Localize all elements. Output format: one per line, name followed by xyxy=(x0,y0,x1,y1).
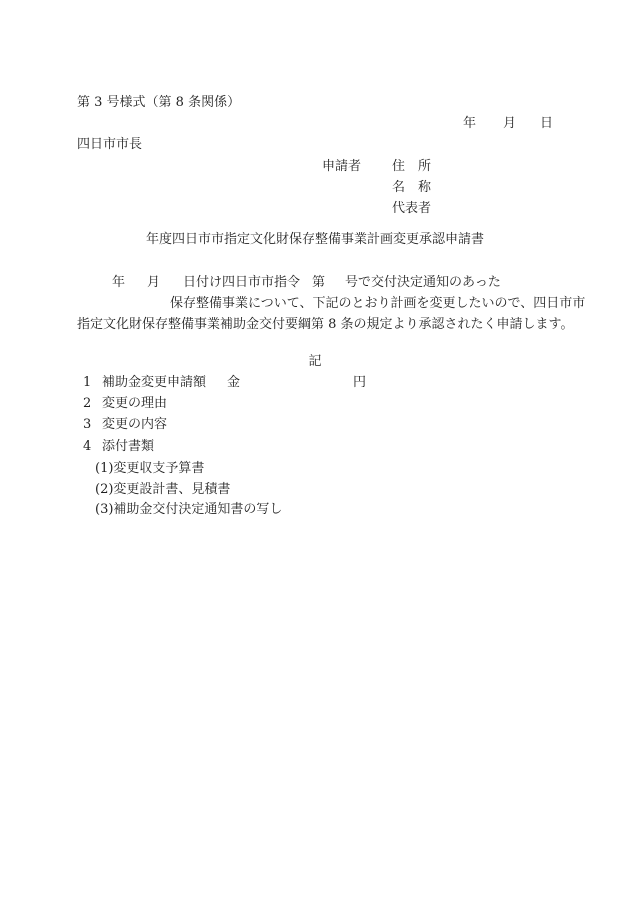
addressee: 四日市市長 xyxy=(77,136,142,154)
applicant-address-label: 住 所 xyxy=(392,158,431,176)
item-1-amount-prefix: 金 xyxy=(227,374,240,392)
body-directive-label: 日付け四日市市指令 xyxy=(183,274,300,292)
list-item-2: 2 変更の理由 xyxy=(0,395,630,413)
item-2-label: 変更の理由 xyxy=(102,395,167,413)
record-heading: 記 xyxy=(0,353,630,371)
date-day-label: 日 xyxy=(540,115,553,133)
item-4-number: 4 xyxy=(83,438,91,456)
item-2-number: 2 xyxy=(83,395,91,413)
list-item-4: 4 添付書類 xyxy=(0,438,630,456)
body-notice-label: 号で交付決定通知のあった xyxy=(345,274,501,292)
item-3-number: 3 xyxy=(83,416,91,434)
date-line: 年 月 日 xyxy=(0,115,630,133)
attachment-item-2-wrap: (2)変更設計書、見積書 xyxy=(0,481,630,499)
applicant-name-label: 名 称 xyxy=(392,179,431,197)
document-page: 第 3 号様式（第 8 条関係） 年 月 日 四日市市長 申請者 住 所 名 称… xyxy=(0,0,630,903)
body-line-2: 保存整備事業について、下記のとおり計画を変更したいので、四日市市 xyxy=(170,295,585,313)
item-1-label: 補助金変更申請額 xyxy=(102,374,206,392)
addressee-line: 四日市市長 xyxy=(0,136,630,154)
applicant-representative-label: 代表者 xyxy=(392,200,431,218)
item-1-number: 1 xyxy=(83,374,91,392)
item-4-label: 添付書類 xyxy=(102,438,154,456)
date-year-label: 年 xyxy=(463,115,476,133)
attachment-item-3: (3)補助金交付決定通知書の写し xyxy=(95,501,282,519)
body-dai-label: 第 xyxy=(312,274,325,292)
item-1-amount-suffix: 円 xyxy=(353,374,366,392)
attachment-item-2: (2)変更設計書、見積書 xyxy=(95,481,230,499)
attachment-item-3-wrap: (3)補助金交付決定通知書の写し xyxy=(0,501,630,519)
attachment-item-1: (1)変更収支予算書 xyxy=(95,460,204,478)
form-number-line: 第 3 号様式（第 8 条関係） xyxy=(0,94,630,112)
applicant-label: 申請者 xyxy=(322,158,361,176)
form-number: 第 3 号様式（第 8 条関係） xyxy=(77,94,240,112)
date-month-label: 月 xyxy=(503,115,516,133)
body-line-1: 年 月 日付け四日市市指令 第 号で交付決定通知のあった xyxy=(0,274,630,292)
body-line-3: 指定文化財保存整備事業補助金交付要綱第 8 条の規定より承認されたく申請します。 xyxy=(77,316,574,334)
applicant-name-line: 名 称 xyxy=(0,179,630,197)
body-month-label: 月 xyxy=(147,274,160,292)
list-item-1: 1 補助金変更申請額 金 円 xyxy=(0,374,630,392)
list-item-3: 3 変更の内容 xyxy=(0,416,630,434)
document-title: 年度四日市市指定文化財保存整備事業計画変更承認申請書 xyxy=(0,231,630,249)
body-year-label: 年 xyxy=(112,274,125,292)
body-line-2-wrap: 保存整備事業について、下記のとおり計画を変更したいので、四日市市 xyxy=(0,295,630,313)
applicant-line: 申請者 住 所 xyxy=(0,158,630,176)
item-3-label: 変更の内容 xyxy=(102,416,167,434)
applicant-representative-line: 代表者 xyxy=(0,200,630,218)
body-line-3-wrap: 指定文化財保存整備事業補助金交付要綱第 8 条の規定より承認されたく申請します。 xyxy=(0,316,630,334)
attachment-item-1-wrap: (1)変更収支予算書 xyxy=(0,460,630,478)
